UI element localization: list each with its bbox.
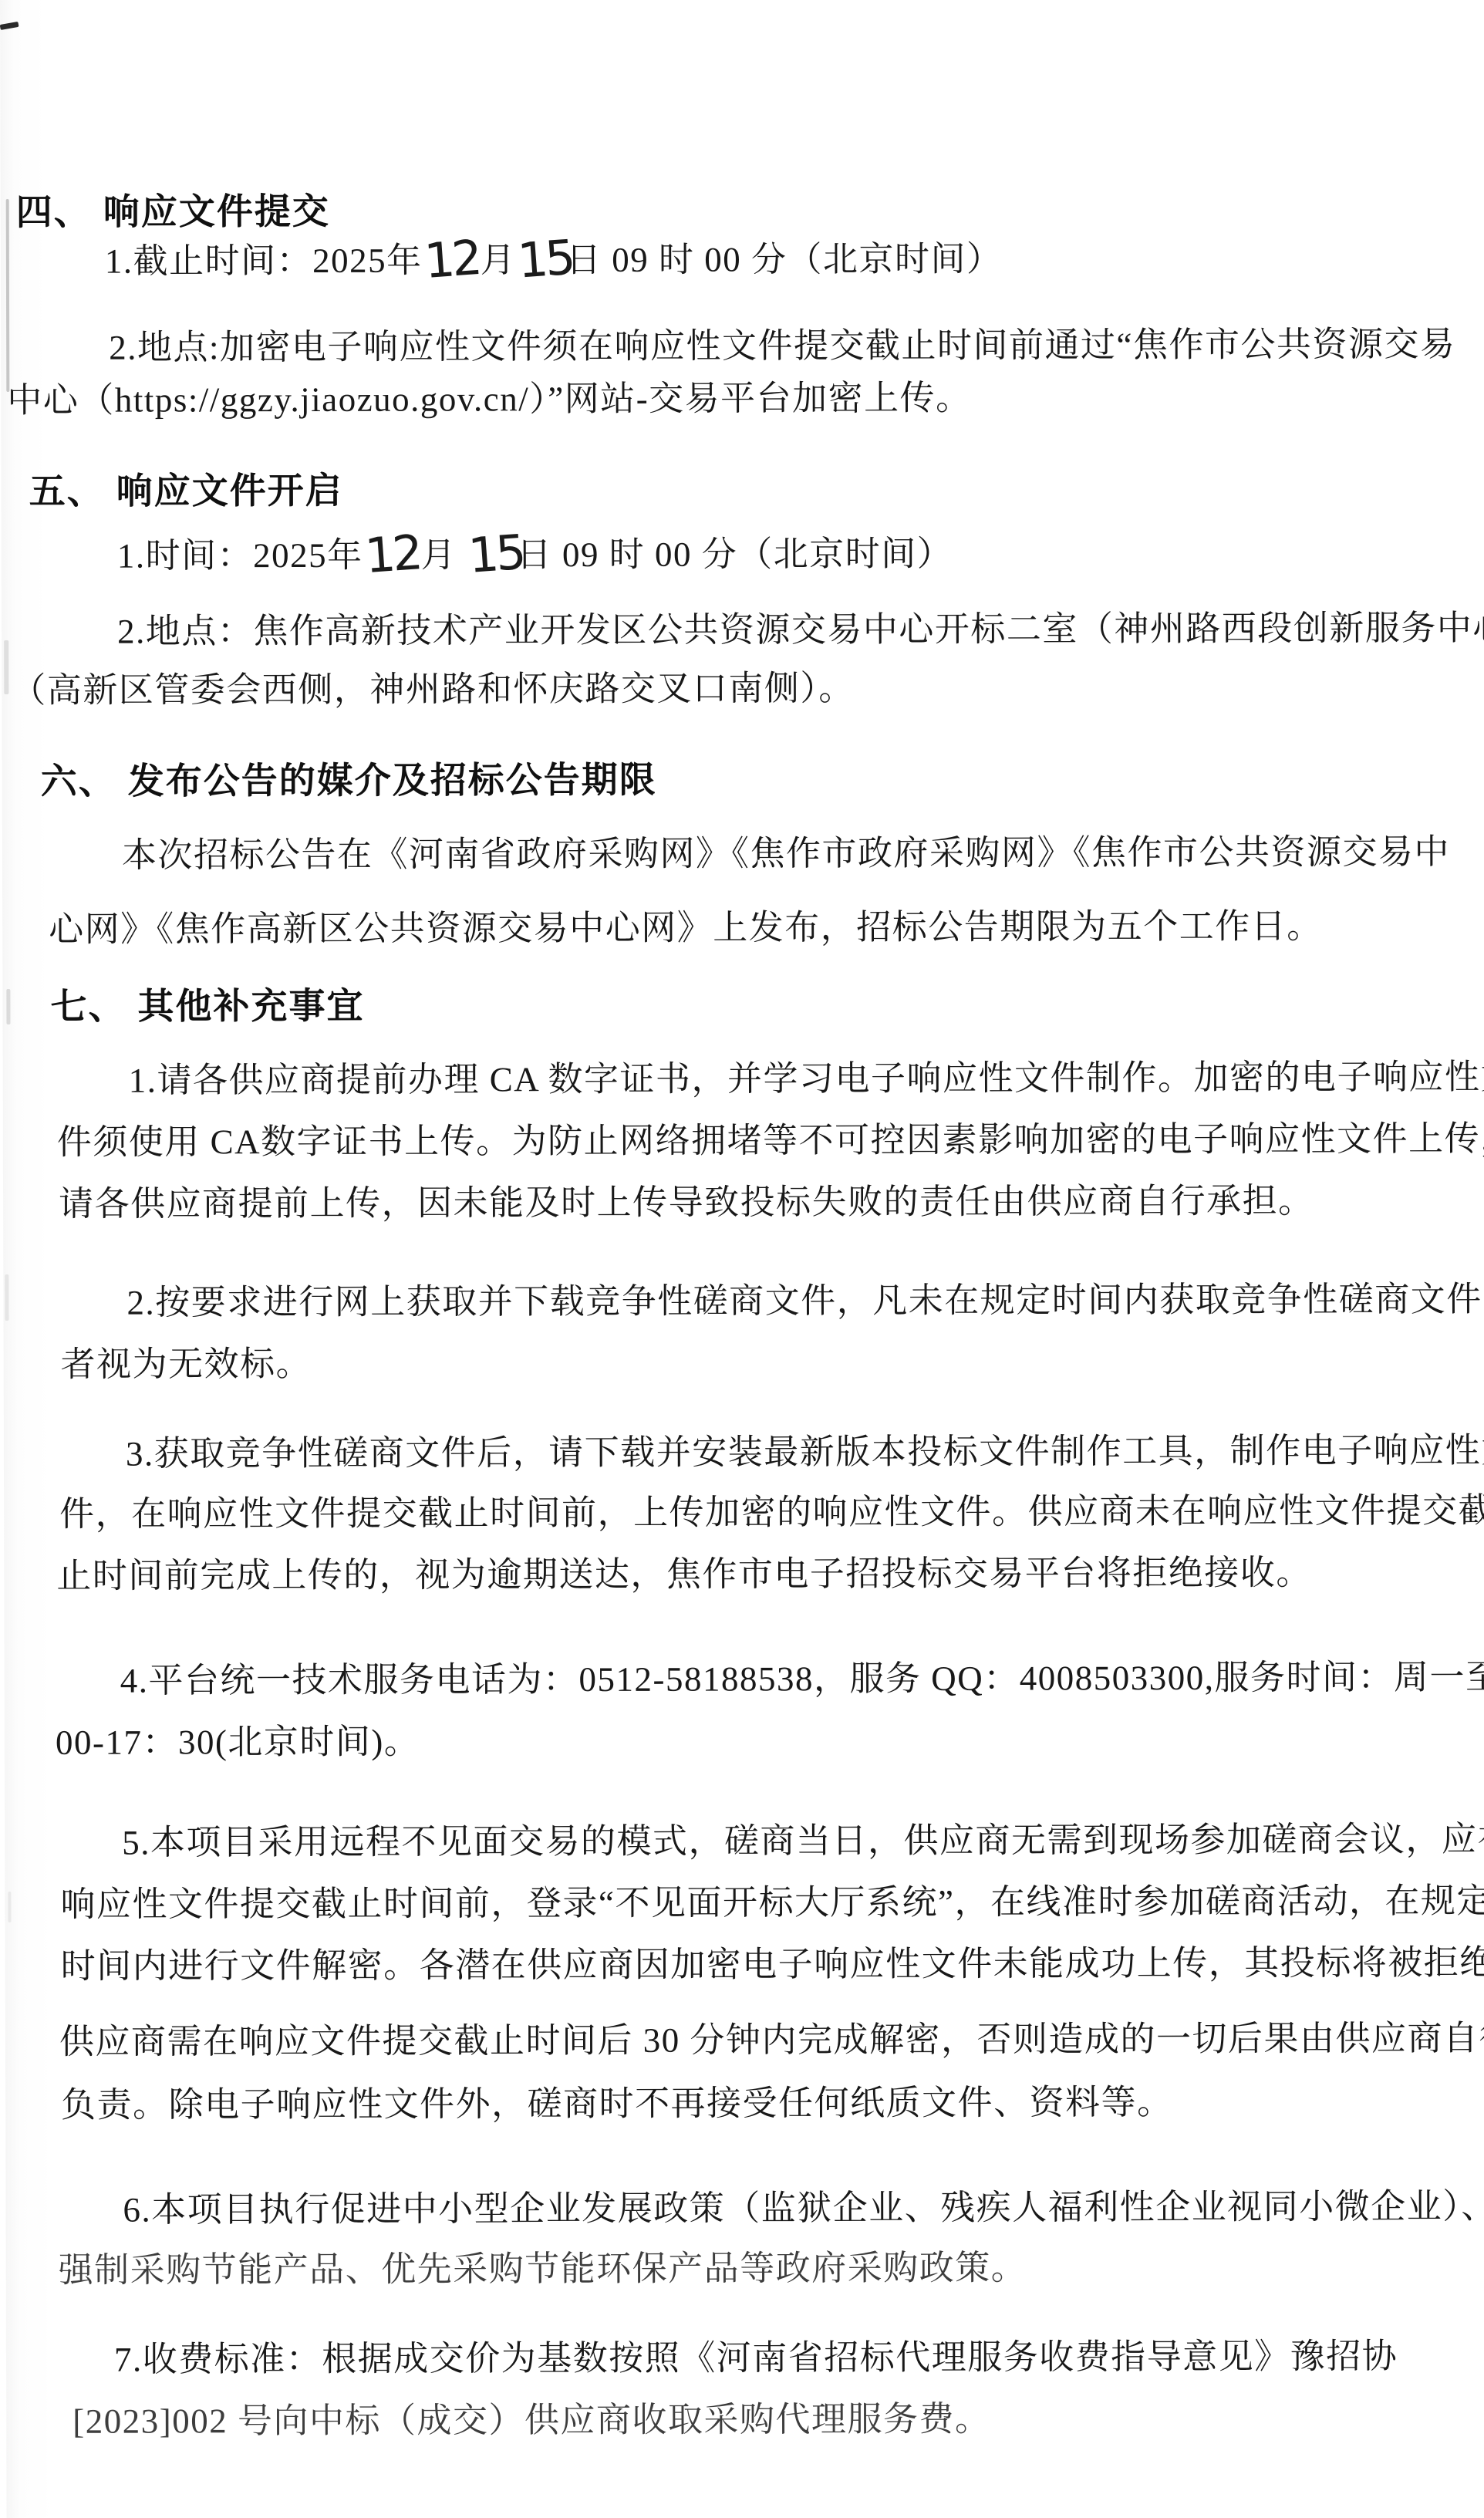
note-4-line-1: 4.平台统一技术服务电话为：0512-58188538，服务 QQ：400850… bbox=[120, 1654, 1484, 1703]
note-5-line-5: 负责。除电子响应性文件外，磋商时不再接受任何纸质文件、资料等。 bbox=[61, 2080, 1173, 2128]
note-7-line-1: 7.收费标准：根据成交价为基数按照《河南省招标代理服务收费指导意见》豫招协 bbox=[114, 2334, 1398, 2381]
scan-edge-artifact bbox=[8, 1892, 11, 1922]
scan-edge-artifact bbox=[4, 640, 8, 694]
opening-time-mid: 月 bbox=[420, 535, 466, 574]
opening-time-prefix: 1.时间：2025年 bbox=[117, 536, 363, 575]
note-3-line-3: 止时间前完成上传的，视为逾期送达，焦作市电子招投标交易平台将拒绝接收。 bbox=[56, 1551, 1312, 1598]
deadline-mid: 月 bbox=[480, 241, 516, 279]
opening-location-line-2: （高新区管委会西侧，神州路和怀庆路交叉口南侧）。 bbox=[11, 666, 855, 713]
note-5-line-1: 5.本项目采用远程不见面交易的模式，磋商当日，供应商无需到现场参加磋商会议，应在 bbox=[122, 1817, 1484, 1865]
announcement-media-line-2: 心网》《焦作高新区公共资源交易中心网》上发布，招标公告期限为五个工作日。 bbox=[49, 904, 1323, 952]
note-5-line-2: 响应性文件提交截止时间前，登录“不见面开标大厅系统”，在线准时参加磋商活动，在规… bbox=[60, 1878, 1484, 1927]
note-6-line-1: 6.本项目执行促进中小型企业发展政策（监狱企业、残疾人福利性企业视同小微企业）、 bbox=[123, 2184, 1484, 2233]
submission-location-line-2: 中心（https://ggzy.jiaozuo.gov.cn/）”网站-交易平台… bbox=[7, 376, 971, 423]
section-4-heading: 四、 响应文件提交 bbox=[16, 189, 330, 235]
note-7-line-2: [2023]002 号向中标（成交）供应商收取采购代理服务费。 bbox=[73, 2397, 990, 2444]
note-3-line-2: 件，在响应性文件提交截止时间前，上传加密的响应性文件。供应商未在响应性文件提交截 bbox=[59, 1488, 1484, 1537]
submission-location-line-1: 2.地点:加密电子响应性文件须在响应性文件提交截止时间前通过“焦作市公共资源交易 bbox=[109, 322, 1455, 370]
scan-edge-artifact bbox=[5, 1274, 8, 1321]
section-6-heading: 六、 发布公告的媒介及招标公告期限 bbox=[41, 758, 657, 804]
note-2-line-1: 2.按要求进行网上获取并下载竞争性磋商文件，凡未在规定时间内获取竞争性磋商文件 bbox=[126, 1277, 1482, 1325]
note-2-line-2: 者视为无效标。 bbox=[61, 1342, 312, 1387]
note-5-line-4: 供应商需在响应文件提交截止时间后 30 分钟内完成解密，否则造成的一切后果由供应… bbox=[59, 2016, 1484, 2064]
handwritten-day: 15 bbox=[515, 241, 575, 276]
submission-deadline-line: 1.截止时间：2025年12月15日 09 时 00 分（北京时间） bbox=[105, 237, 1003, 284]
note-1-line-2: 件须使用 CA数字证书上传。为防止网络拥堵等不可控因素影响加密的电子响应性文件上… bbox=[57, 1116, 1484, 1165]
note-3-line-1: 3.获取竞争性磋商文件后，请下载并安装最新版本投标文件制作工具，制作电子响应性文 bbox=[126, 1428, 1484, 1477]
deadline-suffix: 日 09 时 00 分（北京时间） bbox=[566, 240, 1003, 279]
note-4-line-2: 00-17：30(北京时间)。 bbox=[56, 1720, 420, 1765]
scan-edge-artifact bbox=[6, 199, 10, 392]
section-5-heading: 五、 响应文件开启 bbox=[29, 468, 343, 514]
announcement-media-line-1: 本次招标公告在《河南省政府采购网》《焦作市政府采购网》《焦作市公共资源交易中 bbox=[122, 829, 1450, 878]
note-5-line-3: 时间内进行文件解密。各潜在供应商因加密电子响应性文件未能成功上传，其投标将被拒绝… bbox=[61, 1940, 1484, 1989]
scanned-document-page: 四、 响应文件提交 1.截止时间：2025年12月15日 09 时 00 分（北… bbox=[0, 0, 1484, 2518]
opening-location-line-1: 2.地点：焦作高新技术产业开发区公共资源交易中心开标二室（神州路西段创新服务中心… bbox=[117, 606, 1484, 654]
handwritten-month: 12 bbox=[422, 242, 482, 277]
handwritten-day: 15 bbox=[466, 537, 526, 572]
deadline-prefix: 1.截止时间：2025年 bbox=[105, 241, 423, 281]
note-1-line-1: 1.请各供应商提前办理 CA 数字证书，并学习电子响应性文件制作。加密的电子响应… bbox=[129, 1055, 1484, 1103]
opening-time-suffix: 日 09 时 00 分（北京时间） bbox=[517, 535, 953, 574]
scan-corner-mark bbox=[0, 22, 19, 30]
opening-time-line: 1.时间：2025年12月 15日 09 时 00 分（北京时间） bbox=[117, 532, 953, 579]
note-1-line-3: 请各供应商提前上传，因未能及时上传导致投标失败的责任由供应商自行承担。 bbox=[59, 1179, 1314, 1227]
note-6-line-2: 强制采购节能产品、优先采购节能环保产品等政府采购政策。 bbox=[59, 2246, 1027, 2293]
scan-edge-artifact bbox=[6, 989, 10, 1024]
section-7-heading: 七、 其他补充事宜 bbox=[50, 984, 364, 1029]
handwritten-month: 12 bbox=[363, 537, 423, 572]
